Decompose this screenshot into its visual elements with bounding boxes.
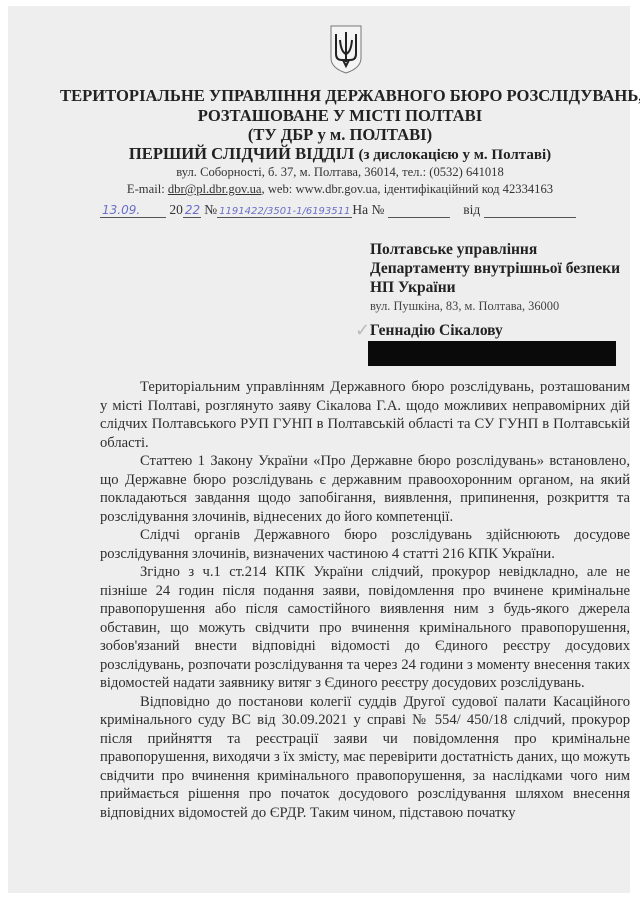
reply-label: На № xyxy=(352,202,384,217)
recipient-org-line3: НП України xyxy=(370,278,620,297)
trident-coat-of-arms-icon xyxy=(329,24,363,74)
recipient-person-name: Геннадію Сікалову xyxy=(370,321,503,340)
body-paragraph-5: Відповідно до постанови колегії суддів Д… xyxy=(100,693,630,823)
recipient-org: Полтавське управління Департаменту внутр… xyxy=(370,240,620,315)
recipient-org-line1: Полтавське управління xyxy=(370,240,620,259)
web-and-code: , web: www.dbr.gov.ua, ідентифікаційний … xyxy=(262,182,554,196)
redacted-address-block xyxy=(368,341,616,366)
letter-body: Територіальним управлінням Державного бю… xyxy=(100,378,630,822)
org-address: вул. Соборності, б. 37, м. Полтава, 3601… xyxy=(60,164,620,180)
check-mark-icon: ✓ xyxy=(355,320,370,341)
number-label: № xyxy=(204,202,217,217)
department-note: (з дислокацією у м. Полтаві) xyxy=(358,147,551,163)
year-prefix: 20 xyxy=(169,202,183,217)
outgoing-year: 22 xyxy=(183,203,201,218)
org-abbreviation: (ТУ ДБР у м. ПОЛТАВІ) xyxy=(60,125,620,145)
department-name: ПЕРШИЙ СЛІДЧИЙ ВІДДІЛ xyxy=(129,144,354,163)
body-paragraph-3: Слідчі органів Державного бюро розслідув… xyxy=(100,526,630,563)
email-label: E-mail: xyxy=(127,182,168,196)
org-name-line2: РОЗТАШОВАНЕ У МІСТІ ПОЛТАВІ xyxy=(60,106,620,126)
from-label: від xyxy=(463,202,480,217)
email-link[interactable]: dbr@pl.dbr.gov.ua xyxy=(168,182,262,196)
recipient-org-address: вул. Пушкіна, 83, м. Полтава, 36000 xyxy=(370,298,620,315)
outgoing-date: 13.09. xyxy=(100,203,166,218)
reply-number-blank xyxy=(388,205,450,218)
registration-line: 13.09. 2022 №1191422/3501-1/6193511На № … xyxy=(100,202,576,218)
body-paragraph-1: Територіальним управлінням Державного бю… xyxy=(100,378,630,452)
body-paragraph-2: Статтею 1 Закону України «Про Державне б… xyxy=(100,452,630,526)
org-contacts: E-mail: dbr@pl.dbr.gov.ua, web: www.dbr.… xyxy=(60,181,620,197)
reply-date-blank xyxy=(484,205,576,218)
department-title: ПЕРШИЙ СЛІДЧИЙ ВІДДІЛ (з дислокацією у м… xyxy=(60,144,620,165)
recipient-person: Геннадію Сікалову xyxy=(370,321,503,340)
org-name-line1: ТЕРИТОРІАЛЬНЕ УПРАВЛІННЯ ДЕРЖАВНОГО БЮРО… xyxy=(60,86,620,106)
body-paragraph-4: Згідно з ч.1 ст.214 КПК України слідчий,… xyxy=(100,563,630,693)
outgoing-number: 1191422/3501-1/6193511 xyxy=(217,206,352,218)
recipient-org-line2: Департаменту внутрішньої безпеки xyxy=(370,259,620,278)
